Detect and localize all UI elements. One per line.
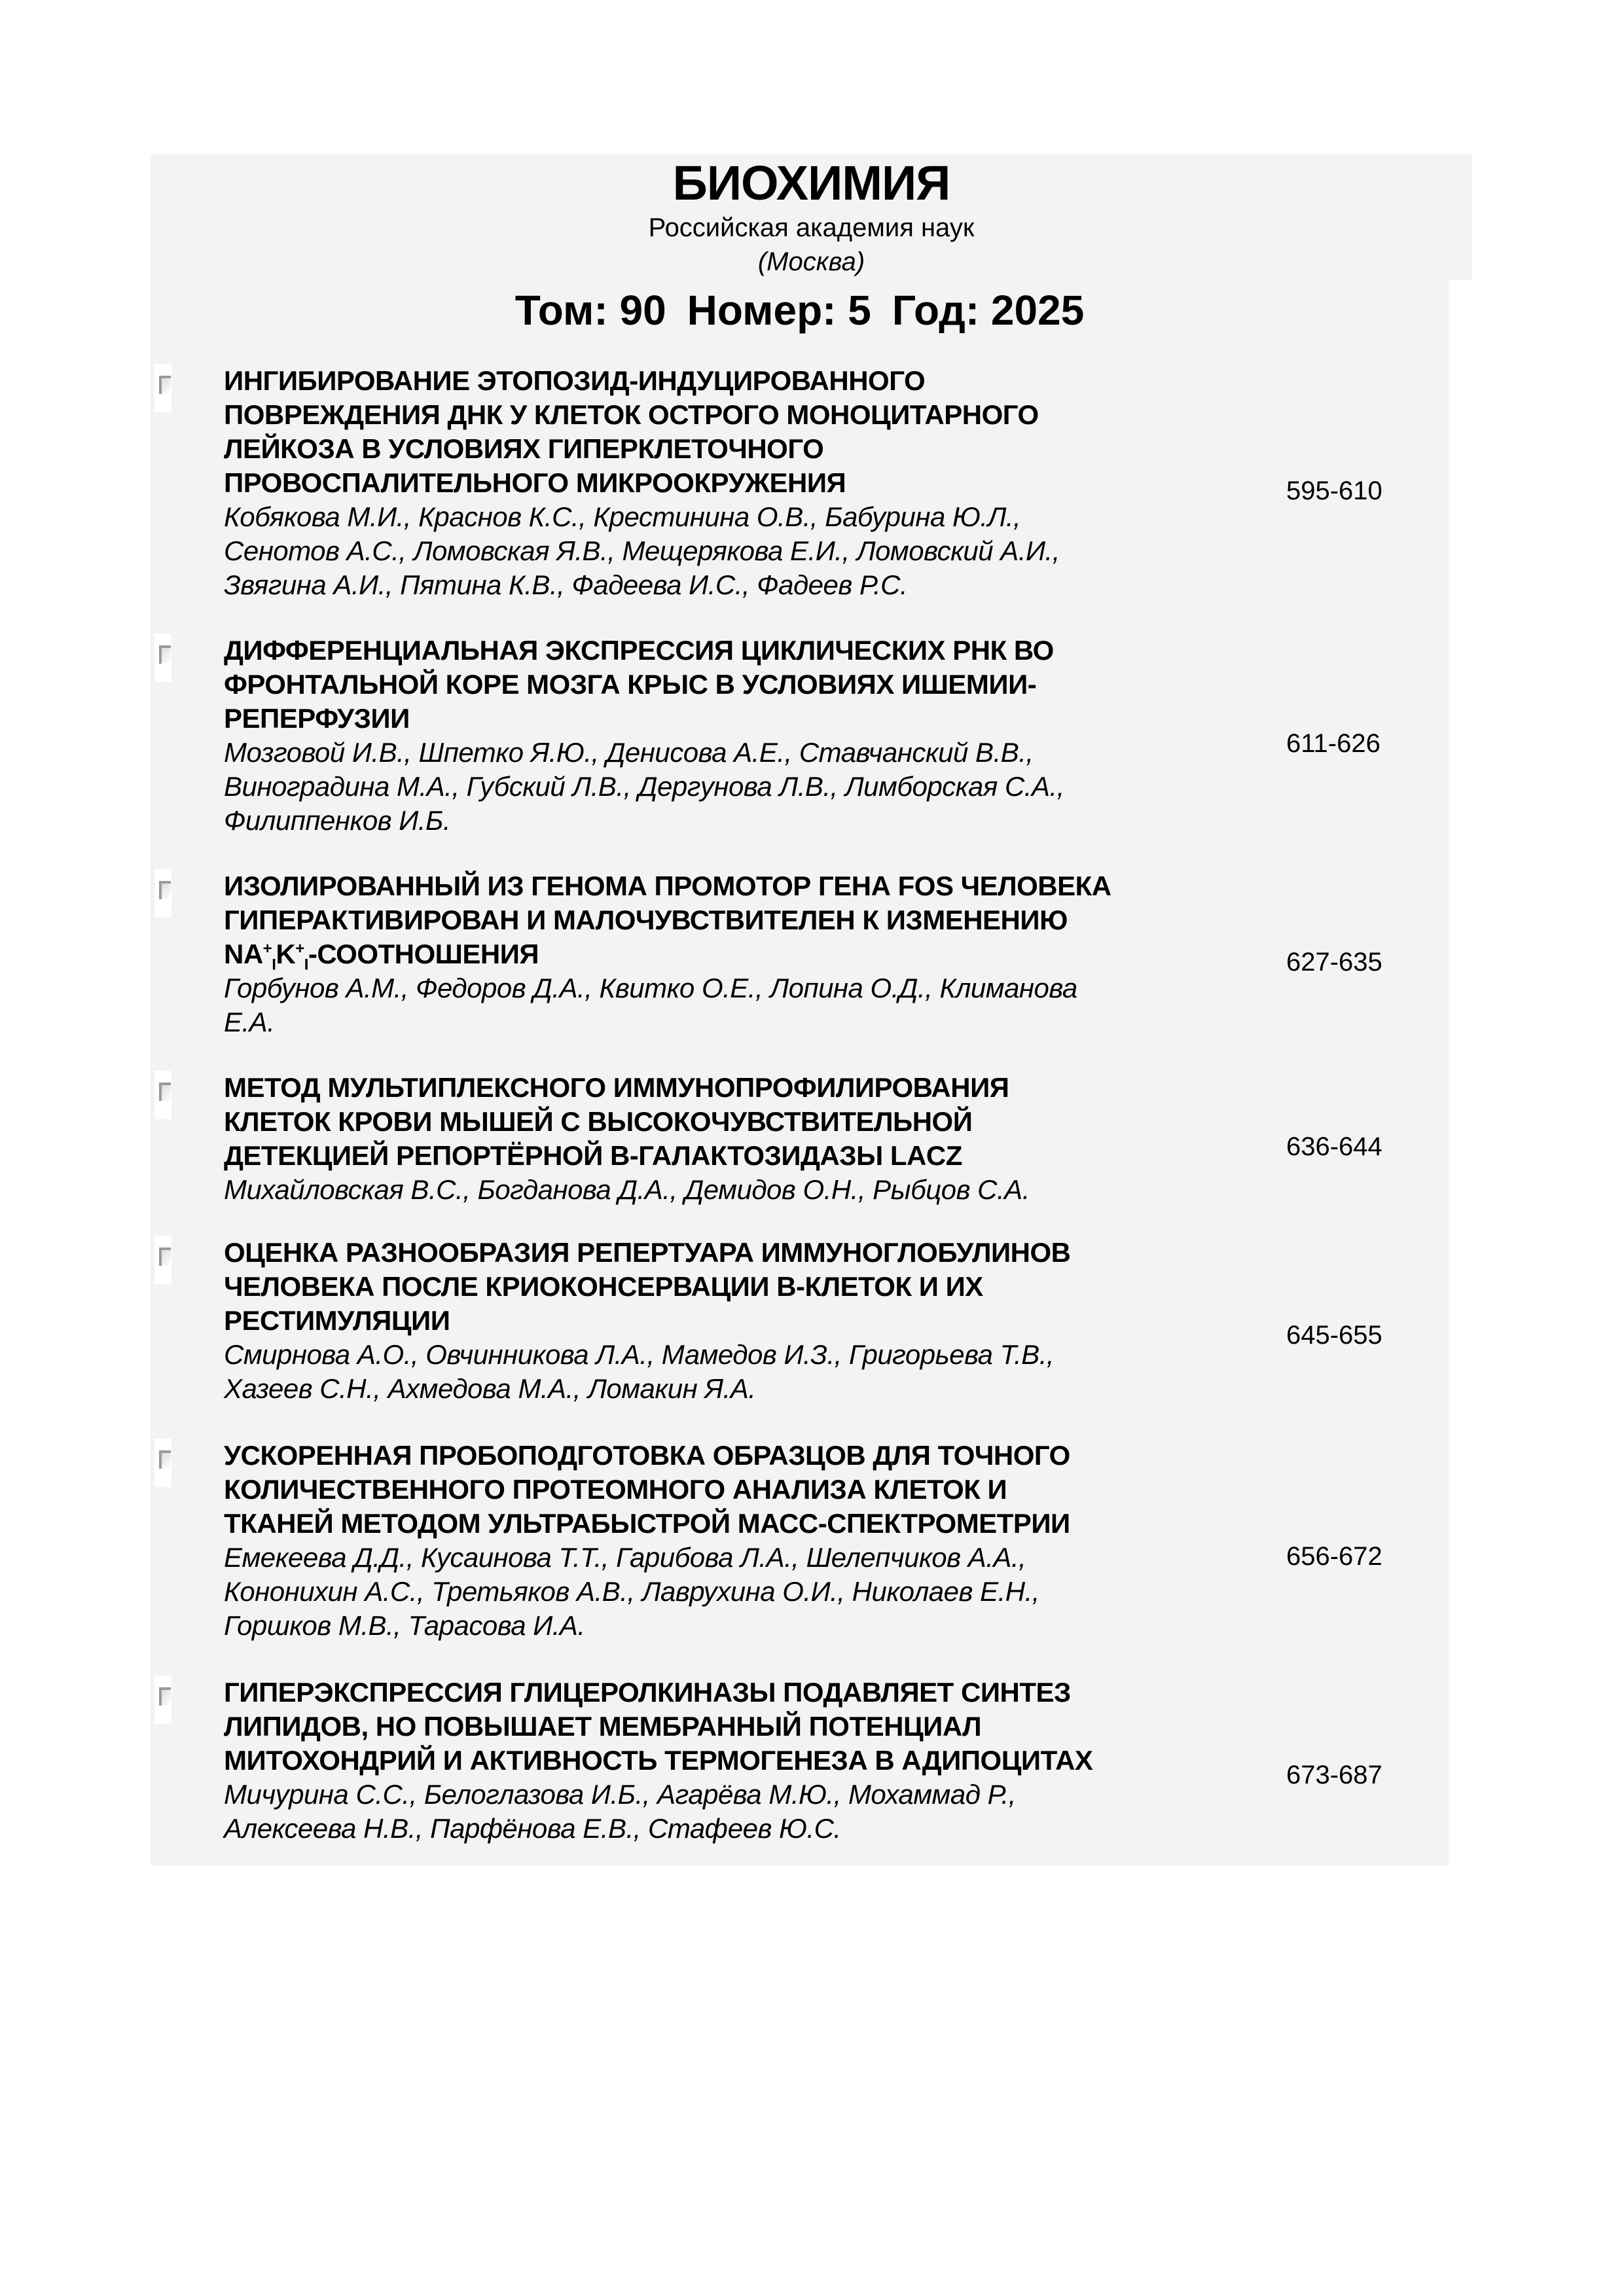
article-authors: Мозговой И.В., Шпетко Я.Ю., Денисова А.Е… bbox=[224, 736, 1350, 838]
article-authors: Горбунов А.М., Федоров Д.А., Квитко О.Е.… bbox=[224, 971, 1350, 1039]
article-authors: Мичурина С.С., Белоглазова И.Б., Агарёва… bbox=[224, 1778, 1350, 1846]
article-pages: 636-644 bbox=[1286, 1130, 1382, 1164]
article-pages: 656-672 bbox=[1286, 1539, 1382, 1573]
issue-number: Номер: 5 bbox=[687, 287, 871, 334]
checkbox-icon bbox=[159, 1687, 171, 1706]
select-checkbox[interactable] bbox=[154, 1236, 171, 1284]
select-checkbox[interactable] bbox=[154, 1676, 171, 1724]
select-checkbox[interactable] bbox=[154, 1439, 171, 1487]
article-authors: Кобякова М.И., Краснов К.С., Крестинина … bbox=[224, 500, 1350, 602]
checkbox-icon bbox=[159, 376, 171, 394]
article-title[interactable]: ДИФФЕРЕНЦИАЛЬНАЯ ЭКСПРЕССИЯ ЦИКЛИЧЕСКИХ … bbox=[224, 634, 1389, 736]
publisher: Российская академия наук bbox=[151, 212, 1472, 243]
publisher-city: (Москва) bbox=[151, 246, 1472, 278]
article-authors: Михайловская В.С., Богданова Д.А., Демид… bbox=[224, 1173, 1350, 1207]
article-title[interactable]: УСКОРЕННАЯ ПРОБОПОДГОТОВКА ОБРАЗЦОВ ДЛЯ … bbox=[224, 1439, 1389, 1541]
article-authors: Смирнова А.О., Овчинникова Л.А., Мамедов… bbox=[224, 1338, 1350, 1406]
article-pages: 611-626 bbox=[1286, 726, 1380, 761]
ion-ratio-line: NA+IK+I-СООТНОШЕНИЯ bbox=[224, 937, 1389, 971]
article-pages: 627-635 bbox=[1286, 945, 1382, 979]
checkbox-icon bbox=[159, 1083, 171, 1101]
article-pages: 595-610 bbox=[1286, 474, 1382, 508]
checkbox-icon bbox=[159, 645, 171, 664]
issue-info: Том: 90Номер: 5Год: 2025 bbox=[151, 284, 1449, 336]
article-title[interactable]: ИЗОЛИРОВАННЫЙ ИЗ ГЕНОМА ПРОМОТОР ГЕНА FO… bbox=[224, 869, 1389, 971]
checkbox-icon bbox=[159, 881, 171, 899]
article-title[interactable]: ГИПЕРЭКСПРЕССИЯ ГЛИЦЕРОЛКИНАЗЫ ПОДАВЛЯЕТ… bbox=[224, 1676, 1389, 1778]
volume: Том: 90 bbox=[515, 287, 666, 334]
checkbox-icon bbox=[159, 1247, 171, 1266]
journal-title: БИОХИМИЯ bbox=[151, 156, 1472, 211]
article-authors: Емекеева Д.Д., Кусаинова Т.Т., Гарибова … bbox=[224, 1541, 1350, 1643]
checkbox-icon bbox=[159, 1450, 171, 1469]
year: Год: 2025 bbox=[892, 287, 1084, 334]
article-title[interactable]: ИНГИБИРОВАНИЕ ЭТОПОЗИД-ИНДУЦИРОВАННОГО П… bbox=[224, 364, 1389, 500]
select-checkbox[interactable] bbox=[154, 869, 171, 918]
article-title[interactable]: ОЦЕНКА РАЗНООБРАЗИЯ РЕПЕРТУАРА ИММУНОГЛО… bbox=[224, 1236, 1389, 1338]
select-checkbox[interactable] bbox=[154, 1071, 171, 1119]
article-pages: 645-655 bbox=[1286, 1318, 1382, 1352]
select-checkbox[interactable] bbox=[154, 634, 171, 682]
article-title[interactable]: МЕТОД МУЛЬТИПЛЕКСНОГО ИММУНОПРОФИЛИРОВАН… bbox=[224, 1071, 1389, 1173]
select-checkbox[interactable] bbox=[154, 364, 171, 412]
article-pages: 673-687 bbox=[1286, 1758, 1382, 1792]
